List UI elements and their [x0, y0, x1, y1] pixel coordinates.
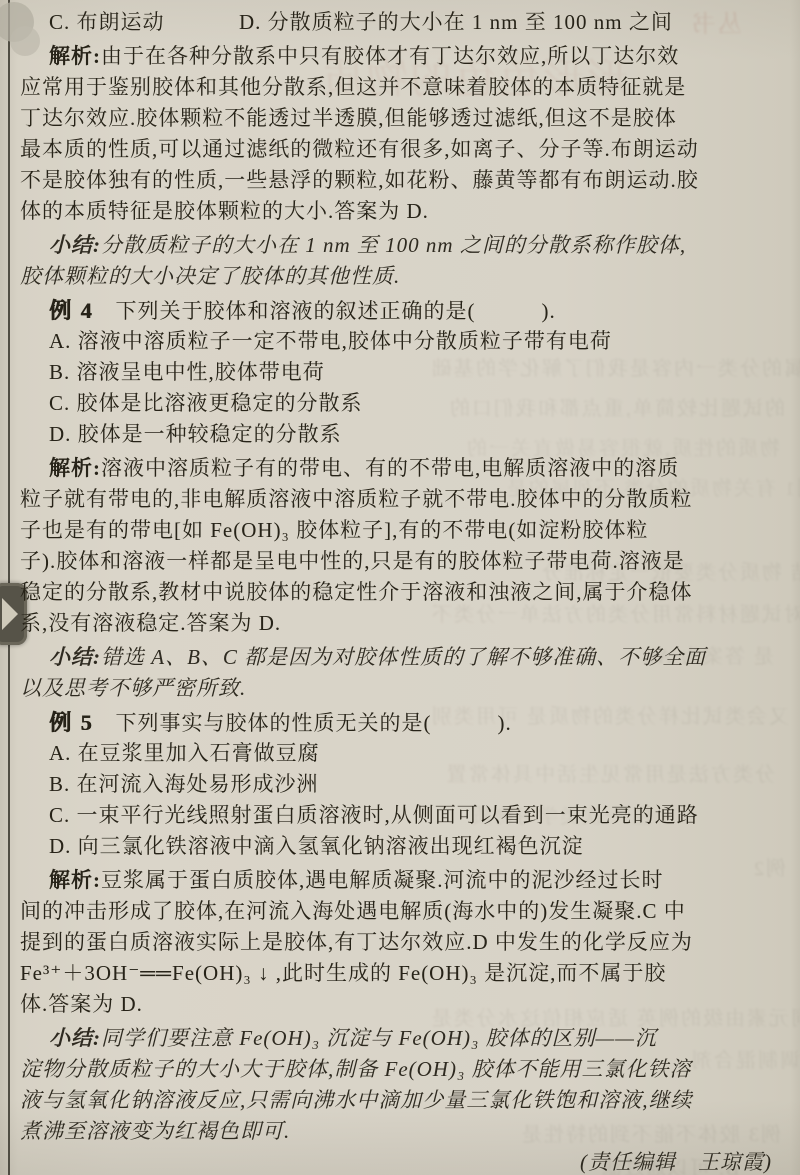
- text-line: 小结:同学们要注意 Fe(OH)₃ 沉淀与 Fe(OH)₃ 胶体的区别——沉: [20, 1023, 786, 1054]
- text-span: 丁达尔效应.胶体颗粒不能透过半透膜,但能够透过滤纸,但这不是胶体: [20, 106, 677, 130]
- xiaojie-label: 小结:: [49, 645, 101, 669]
- text-line: 例 5 下列事实与胶体的性质无关的是( ).: [20, 707, 786, 738]
- text-span: 下列关于胶体和溶液的叙述正确的是( ).: [94, 299, 556, 323]
- text-line: B. 在河流入海处易形成沙洲: [20, 769, 786, 800]
- jiexi-label: 解析:: [49, 44, 101, 68]
- text-line: 最本质的性质,可以通过滤纸的微粒还有很多,如离子、分子等.布朗运动: [20, 134, 786, 165]
- example-label: 例 5: [49, 710, 94, 735]
- text-line: 煮沸至溶液变为红褐色即可.: [20, 1116, 786, 1147]
- text-span: D. 分散质粒子的大小在 1 nm 至 100 nm 之间: [239, 10, 673, 34]
- text-span: 豆浆属于蛋白质胶体,遇电解质凝聚.河流中的泥沙经过长时: [101, 868, 664, 892]
- text-span: 溶液中溶质粒子有的带电、有的不带电,电解质溶液中的溶质: [101, 456, 679, 480]
- text-line: 以及思考不够严密所致.: [20, 673, 786, 704]
- text-span: 最本质的性质,可以通过滤纸的微粒还有很多,如离子、分子等.布朗运动: [20, 137, 699, 161]
- text-span: 提到的蛋白质溶液实际上是胶体,有丁达尔效应.D 中发生的化学反应为: [20, 930, 693, 954]
- text-line: 解析:豆浆属于蛋白质胶体,遇电解质凝聚.河流中的泥沙经过长时: [20, 865, 786, 896]
- text-line: 系,没有溶液稳定.答案为 D.: [20, 608, 786, 639]
- text-line: 解析:溶液中溶质粒子有的带电、有的不带电,电解质溶液中的溶质: [20, 453, 786, 484]
- text-line: 解析:由于在各种分散系中只有胶体才有丁达尔效应,所以丁达尔效: [20, 41, 786, 72]
- text-line: 小结:错选 A、B、C 都是因为对胶体性质的了解不够准确、不够全面: [20, 642, 786, 673]
- text-span: D. 向三氯化铁溶液中滴入氢氧化钠溶液出现红褐色沉淀: [49, 834, 584, 858]
- text-span: C. 胶体是比溶液更稳定的分散系: [49, 391, 363, 415]
- text-span: 液与氢氧化钠溶液反应,只需向沸水中滴加少量三氯化铁饱和溶液,继续: [20, 1088, 693, 1112]
- text-span: 胶体颗粒的大小决定了胶体的其他性质.: [20, 264, 400, 288]
- text-span: 子).胶体和溶液一样都是呈电中性的,只是有的胶体粒子带电荷.溶液是: [20, 549, 685, 573]
- text-line: C. 一束平行光线照射蛋白质溶液时,从侧面可以看到一束光亮的通路: [20, 800, 786, 831]
- text-span: 淀物分散质粒子的大小大于胶体,制备 Fe(OH)₃ 胶体不能用三氯化铁溶: [20, 1057, 692, 1081]
- xiaojie-label: 小结:: [49, 233, 101, 257]
- binder-arrow-icon: [2, 598, 18, 630]
- jiexi-label: 解析:: [49, 868, 101, 892]
- text-line: 体.答案为 D.: [20, 989, 786, 1020]
- text-line: (责任编辑 王琼霞): [20, 1147, 786, 1175]
- text-line: 小结:分散质粒子的大小在 1 nm 至 100 nm 之间的分散系称作胶体,: [20, 230, 786, 261]
- text-line: 稳定的分散系,教材中说胶体的稳定性介于溶液和浊液之间,属于介稳体: [20, 577, 786, 608]
- text-span: 体.答案为 D.: [20, 992, 143, 1016]
- text-line: 胶体颗粒的大小决定了胶体的其他性质.: [20, 261, 786, 292]
- text-span: 以及思考不够严密所致.: [20, 676, 246, 700]
- text-line: 粒子就有带电的,非电解质溶液中溶质粒子就不带电.胶体中的分散质粒: [20, 484, 786, 515]
- text-line: 间的冲击形成了胶体,在河流入海处遇电解质(海水中的)发生凝聚.C 中: [20, 896, 786, 927]
- text-line: 不是胶体独有的性质,一些悬浮的颗粒,如花粉、藤黄等都有布朗运动.胶: [20, 165, 786, 196]
- example-label: 例 4: [49, 298, 94, 323]
- text-span: D. 胶体是一种较稳定的分散系: [49, 422, 342, 446]
- text-span: (责任编辑 王琼霞): [580, 1150, 772, 1174]
- text-line: 应常用于鉴别胶体和其他分散系,但这并不意味着胶体的本质特征就是: [20, 72, 786, 103]
- text-span: Fe³⁺＋3OH⁻══Fe(OH)₃ ↓ ,此时生成的 Fe(OH)₃ 是沉淀,…: [20, 961, 666, 985]
- jiexi-label: 解析:: [49, 456, 101, 480]
- text-line: C. 胶体是比溶液更稳定的分散系: [20, 388, 786, 419]
- text-span: B. 在河流入海处易形成沙洲: [49, 772, 319, 796]
- text-span: C. 一束平行光线照射蛋白质溶液时,从侧面可以看到一束光亮的通路: [49, 803, 699, 827]
- text-span: 稳定的分散系,教材中说胶体的稳定性介于溶液和浊液之间,属于介稳体: [20, 580, 693, 604]
- text-line: 子也是有的带电[如 Fe(OH)₃ 胶体粒子],有的不带电(如淀粉胶体粒: [20, 515, 786, 546]
- text-line: A. 在豆浆里加入石膏做豆腐: [20, 738, 786, 769]
- text-span: 下列事实与胶体的性质无关的是( ).: [94, 711, 512, 735]
- text-block: C. 布朗运动D. 分散质粒子的大小在 1 nm 至 100 nm 之间解析:由…: [20, 7, 786, 1175]
- text-line: 淀物分散质粒子的大小大于胶体,制备 Fe(OH)₃ 胶体不能用三氯化铁溶: [20, 1054, 786, 1085]
- text-line: 提到的蛋白质溶液实际上是胶体,有丁达尔效应.D 中发生的化学反应为: [20, 927, 786, 958]
- text-span: A. 溶液中溶质粒子一定不带电,胶体中分散质粒子带有电荷: [49, 329, 612, 353]
- text-span: 煮沸至溶液变为红褐色即可.: [20, 1119, 290, 1143]
- text-line: A. 溶液中溶质粒子一定不带电,胶体中分散质粒子带有电荷: [20, 326, 786, 357]
- text-line: D. 向三氯化铁溶液中滴入氢氧化钠溶液出现红褐色沉淀: [20, 831, 786, 862]
- text-span: 不是胶体独有的性质,一些悬浮的颗粒,如花粉、藤黄等都有布朗运动.胶: [20, 168, 699, 192]
- text-span: 体的本质特征是胶体颗粒的大小.答案为 D.: [20, 199, 429, 223]
- text-line: 例 4 下列关于胶体和溶液的叙述正确的是( ).: [20, 295, 786, 326]
- text-line: 子).胶体和溶液一样都是呈电中性的,只是有的胶体粒子带电荷.溶液是: [20, 546, 786, 577]
- text-span: C. 布朗运动: [49, 7, 239, 38]
- text-line: B. 溶液呈电中性,胶体带电荷: [20, 357, 786, 388]
- text-span: A. 在豆浆里加入石膏做豆腐: [49, 741, 320, 765]
- text-span: 分散质粒子的大小在 1 nm 至 100 nm 之间的分散系称作胶体,: [101, 233, 686, 257]
- text-line: Fe³⁺＋3OH⁻══Fe(OH)₃ ↓ ,此时生成的 Fe(OH)₃ 是沉淀,…: [20, 958, 786, 989]
- text-span: 错选 A、B、C 都是因为对胶体性质的了解不够准确、不够全面: [101, 645, 706, 669]
- text-line: 液与氢氧化钠溶液反应,只需向沸水中滴加少量三氯化铁饱和溶液,继续: [20, 1085, 786, 1116]
- text-span: 间的冲击形成了胶体,在河流入海处遇电解质(海水中的)发生凝聚.C 中: [20, 899, 686, 923]
- text-span: 系,没有溶液稳定.答案为 D.: [20, 611, 281, 635]
- text-span: 子也是有的带电[如 Fe(OH)₃ 胶体粒子],有的不带电(如淀粉胶体粒: [20, 518, 648, 542]
- text-line: C. 布朗运动D. 分散质粒子的大小在 1 nm 至 100 nm 之间: [20, 7, 786, 38]
- text-span: 应常用于鉴别胶体和其他分散系,但这并不意味着胶体的本质特征就是: [20, 75, 686, 99]
- xiaojie-label: 小结:: [49, 1026, 101, 1050]
- text-line: 丁达尔效应.胶体颗粒不能透过半透膜,但能够透过滤纸,但这不是胶体: [20, 103, 786, 134]
- text-span: 同学们要注意 Fe(OH)₃ 沉淀与 Fe(OH)₃ 胶体的区别——沉: [101, 1026, 657, 1050]
- text-line: D. 胶体是一种较稳定的分散系: [20, 419, 786, 450]
- text-span: 粒子就有带电的,非电解质溶液中溶质粒子就不带电.胶体中的分散质粒: [20, 487, 693, 511]
- text-span: 由于在各种分散系中只有胶体才有丁达尔效应,所以丁达尔效: [101, 44, 679, 68]
- text-line: 体的本质特征是胶体颗粒的大小.答案为 D.: [20, 196, 786, 227]
- text-span: B. 溶液呈电中性,胶体带电荷: [49, 360, 325, 384]
